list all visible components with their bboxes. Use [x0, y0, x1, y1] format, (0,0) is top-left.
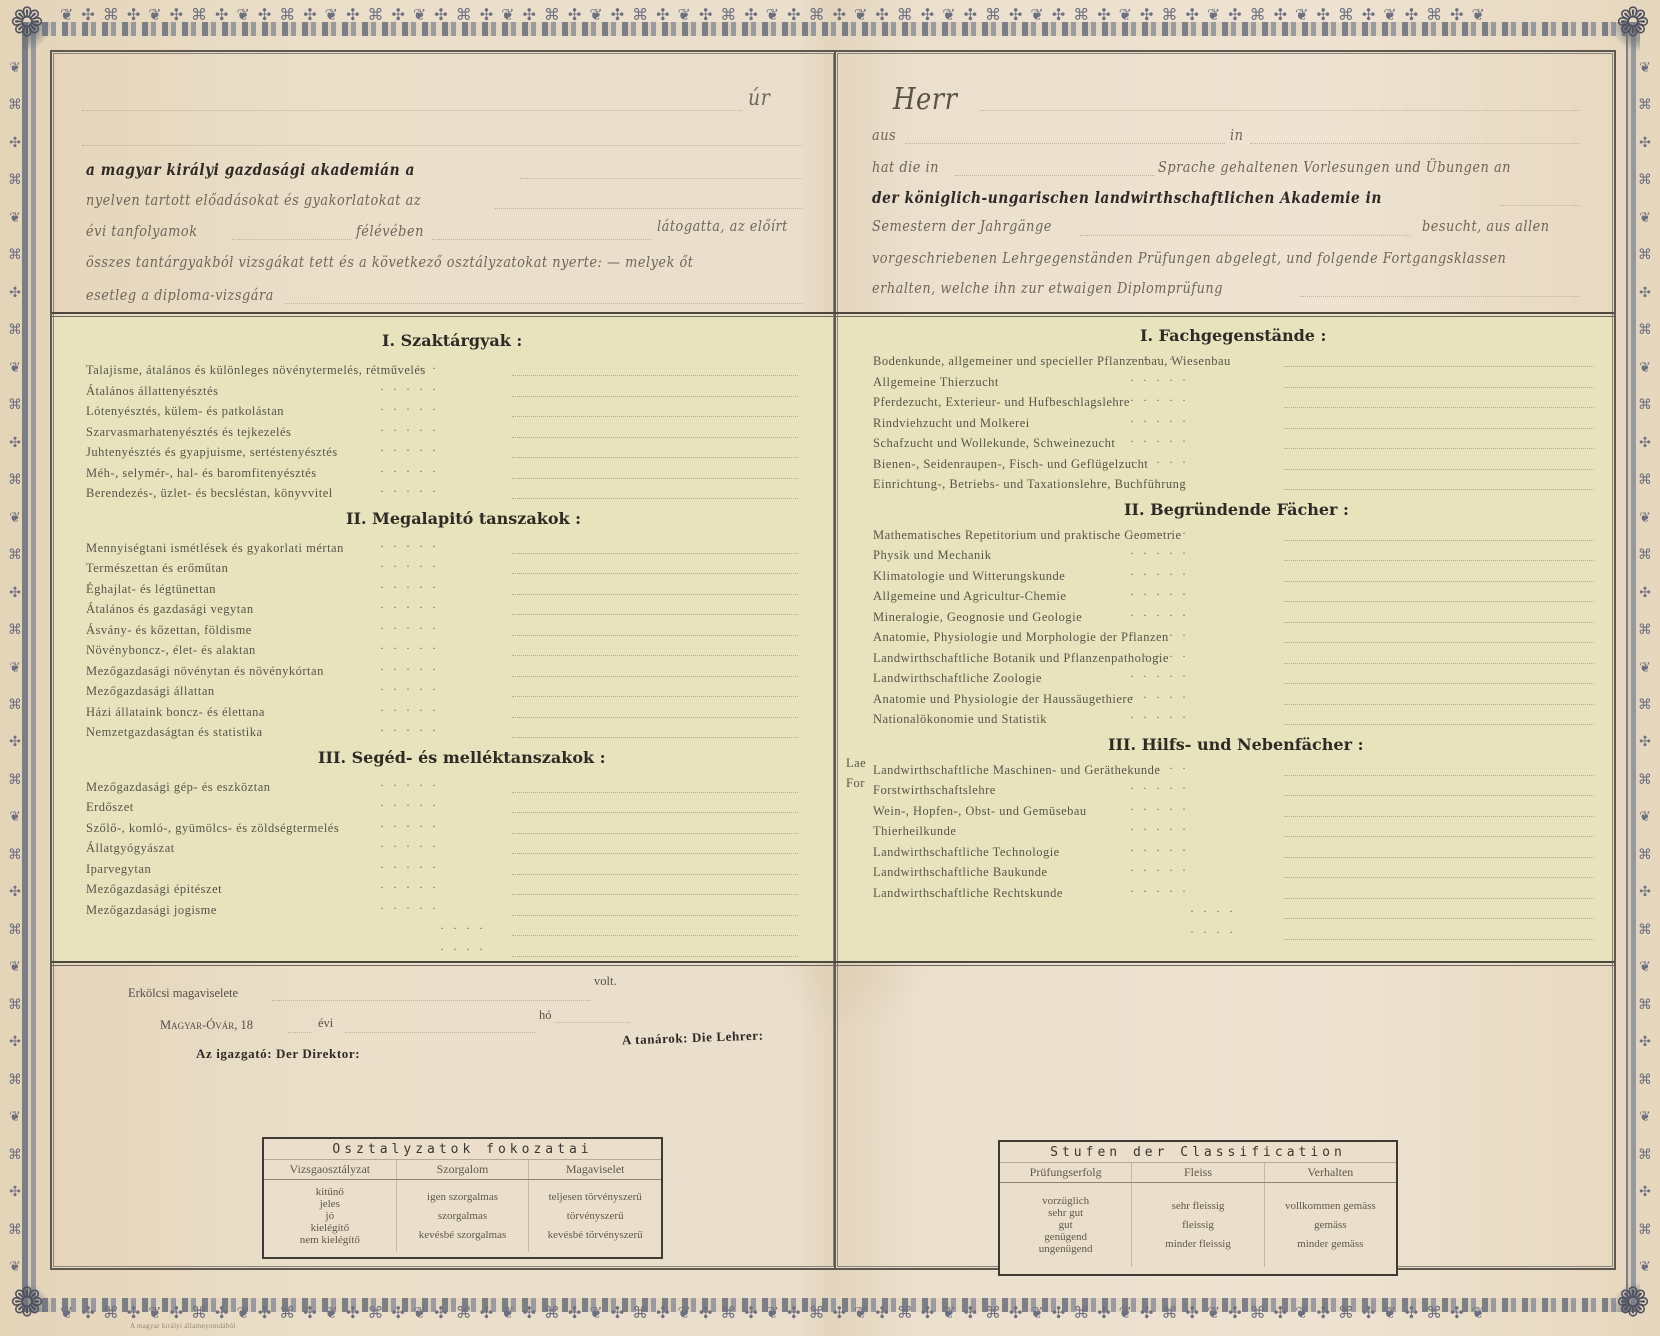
legend-column-header: Vizsgaosztályzat — [264, 1160, 397, 1179]
subject-label: Szarvasmarhatenyésztés és tejkezelés — [86, 425, 291, 440]
month-label: hó — [539, 1008, 552, 1023]
leader-dots: ····· — [1130, 710, 1195, 725]
legend-value: vollkommen gemäss — [1285, 1197, 1376, 1216]
leader-dots: ····· — [380, 682, 445, 697]
leader-dots: ····· — [1130, 373, 1195, 388]
legend-column-header: Magaviselet — [529, 1160, 661, 1179]
corner-scroll-icon: ❁ — [1610, 1280, 1656, 1326]
leader-dots: ····· — [380, 778, 445, 793]
leader-dots: ····· — [380, 662, 445, 677]
legend-value: genügend — [1044, 1231, 1087, 1243]
legend-column-header: Szorgalom — [397, 1160, 530, 1179]
legend-title: Osztalyzatok fokozatai — [264, 1139, 661, 1160]
leader-dots: ····· — [1130, 628, 1195, 643]
leader-dots: ····· — [1130, 546, 1195, 561]
leader-dots: ····· — [1130, 352, 1195, 367]
leader-dots: ····· — [1130, 822, 1195, 837]
footer-divider — [52, 961, 1614, 966]
title-herr: Herr — [893, 82, 958, 117]
leader-dots: ···· — [1190, 904, 1242, 919]
header-line-5: vorgeschriebenen Lehrgegenständen Prüfun… — [872, 249, 1506, 267]
subject-label: Mennyiségtani ismétlések és gyakorlati m… — [86, 541, 344, 556]
grade-field-line[interactable] — [1284, 581, 1594, 582]
grade-field-line[interactable] — [1284, 877, 1594, 878]
subject-label: Éghajlat- és légtünettan — [86, 582, 216, 597]
year-label: évi — [318, 1016, 333, 1031]
leader-dots: ····· — [380, 860, 445, 875]
subject-label: Rindviehzucht und Molkerei — [873, 416, 1030, 431]
grade-field-line[interactable] — [512, 396, 798, 397]
subject-label: Átalános és gazdasági vegytan — [86, 602, 254, 617]
legend-title: Stufen der Classification — [1000, 1142, 1396, 1163]
subject-label: Erdőszet — [86, 800, 134, 815]
subject-label: Mineralogie, Geognosie und Geologie — [873, 610, 1082, 625]
legend-value: minder gemäss — [1297, 1235, 1363, 1254]
diploma-field-line — [1300, 296, 1580, 297]
subject-label: Forstwirthschaftslehre — [873, 783, 996, 798]
blank-line — [1500, 205, 1580, 206]
ornament-top: ❦ ✣ ⌘ ✣ ❦ ✣ ⌘ ✣ ❦ ✣ ⌘ ✣ ❦ ✣ ⌘ ✣ ❦ ✣ ⌘ ✣ … — [60, 6, 1600, 24]
leader-dots: ····· — [380, 641, 445, 656]
grade-field-line[interactable] — [512, 457, 798, 458]
legend-value: gut — [1059, 1219, 1073, 1231]
subject-label: Szőlő-, komló-, gyümölcs- és zöldségterm… — [86, 821, 339, 836]
conduct-label: Erkölcsi magaviselete — [128, 986, 238, 1001]
header-line-4a: Semestern der Jahrgänge — [872, 217, 1052, 235]
year-field-line — [232, 239, 352, 240]
name-field-line — [980, 110, 1580, 111]
grade-field-line[interactable] — [1284, 387, 1594, 388]
grade-field-line[interactable] — [1284, 816, 1594, 817]
leader-dots: ····· — [1130, 455, 1195, 470]
leader-dots: ····· — [380, 539, 445, 554]
grade-field-line[interactable] — [1284, 663, 1594, 664]
subject-label: Allgemeine Thierzucht — [873, 375, 999, 390]
semester-field-line — [432, 239, 652, 240]
leader-dots: ····· — [1130, 781, 1195, 796]
subject-label: Landwirthschaftliche Rechtskunde — [873, 886, 1063, 901]
subject-label: Talajisme, átalános és különleges növény… — [86, 363, 426, 378]
legend-column-values: vollkommen gemässgemässminder gemäss — [1265, 1183, 1396, 1267]
subject-label: Berendezés-, üzlet- és becsléstan, könyv… — [86, 486, 333, 501]
grade-field-line[interactable] — [512, 478, 798, 479]
grade-field-line[interactable] — [1284, 407, 1594, 408]
grade-field-line[interactable] — [1284, 622, 1594, 623]
grade-field-line[interactable] — [512, 696, 798, 697]
subject-label: Physik und Mechanik — [873, 548, 992, 563]
subject-label: Mezőgazdasági jogisme — [86, 903, 217, 918]
subject-label: Thierheilkunde — [873, 824, 956, 839]
grading-legend-hungarian: Osztalyzatok fokozatai VizsgaosztályzatS… — [262, 1137, 663, 1259]
leader-dots: ····· — [380, 443, 445, 458]
legend-column-values: kitűnőjelesjókielégítőnem kielégítő — [264, 1180, 397, 1252]
origin-field-line — [905, 143, 1225, 144]
grade-field-line[interactable] — [512, 717, 798, 718]
subject-label: Allgemeine und Agricultur-Chemie — [873, 589, 1066, 604]
leader-dots: ····· — [1130, 567, 1195, 582]
corner-scroll-icon: ❁ — [1610, 0, 1656, 46]
legend-value: szorgalmas — [438, 1207, 487, 1226]
legend-value: sehr gut — [1048, 1207, 1083, 1219]
leader-dots: ····· — [380, 901, 445, 916]
grade-field-line[interactable] — [512, 676, 798, 677]
grade-field-line[interactable] — [512, 614, 798, 615]
language-field-line — [520, 178, 802, 179]
grade-field-line[interactable] — [512, 737, 798, 738]
subject-label: Anatomie und Physiologie der Haussäugeth… — [873, 692, 1133, 707]
blank-line — [82, 145, 802, 146]
header-line-5: esetleg a diploma-vizsgára — [86, 286, 274, 304]
subject-label: Iparvegytan — [86, 862, 151, 877]
grade-field-line[interactable] — [512, 874, 798, 875]
grade-field-line[interactable] — [512, 375, 798, 376]
grade-field-line[interactable] — [1284, 428, 1594, 429]
diploma-field-line — [285, 303, 802, 304]
legend-value: kevésbé törvényszerű — [548, 1226, 643, 1245]
section-title: III. Hilfs- und Nebenfächer : — [1108, 735, 1364, 754]
leader-dots: ····· — [1130, 414, 1195, 429]
corner-scroll-icon: ❁ — [4, 1280, 50, 1326]
legend-column-values: sehr fleissigfleissigminder fleissig — [1132, 1183, 1264, 1267]
legend-value: gemäss — [1314, 1216, 1346, 1235]
blank-grade-line[interactable] — [512, 935, 798, 936]
leader-dots: ····· — [1130, 526, 1195, 541]
header-line-3c: látogatta, az előírt — [657, 217, 788, 235]
grade-field-line[interactable] — [512, 853, 798, 854]
header-divider — [52, 312, 1614, 317]
leader-dots: ····· — [1130, 761, 1195, 776]
subject-label: Házi állataink boncz- és élettana — [86, 705, 265, 720]
leader-dots: ····· — [380, 880, 445, 895]
leader-dots: ····· — [380, 839, 445, 854]
legend-column-values: vorzüglichsehr gutgutgenügendungenügend — [1000, 1183, 1132, 1267]
subject-label: Ásvány- és kőzettan, földisme — [86, 623, 252, 638]
header-line-4: összes tantárgyakból vizsgákat tett és a… — [86, 253, 694, 271]
grade-field-line[interactable] — [512, 437, 798, 438]
blank-grade-line[interactable] — [512, 956, 798, 957]
grading-legend-german: Stufen der Classification Prüfungserfolg… — [998, 1140, 1398, 1276]
section-title: I. Fachgegenstände : — [1140, 326, 1326, 345]
section-title: III. Segéd- és melléktanszakok : — [318, 748, 606, 767]
title-suffix: úr — [748, 86, 770, 111]
subject-label: Növényboncz-, élet- és alaktan — [86, 643, 256, 658]
grade-field-line[interactable] — [512, 655, 798, 656]
leader-dots: ····· — [1130, 884, 1195, 899]
grade-field-line[interactable] — [1284, 683, 1594, 684]
grade-field-line[interactable] — [512, 812, 798, 813]
header-line-1: a magyar királyi gazdasági akademián a — [86, 160, 415, 179]
leader-dots: ···· — [1190, 925, 1242, 940]
legend-value: jeles — [320, 1198, 340, 1210]
leader-dots: ····· — [380, 819, 445, 834]
grade-field-line[interactable] — [1284, 775, 1594, 776]
grade-field-line[interactable] — [512, 498, 798, 499]
language-field-line — [955, 175, 1155, 176]
legend-column-header: Fleiss — [1132, 1163, 1264, 1182]
subject-label: Schafzucht und Wollekunde, Schweinezucht — [873, 436, 1115, 451]
leader-dots: ····· — [1130, 690, 1195, 705]
grade-field-line[interactable] — [1284, 448, 1594, 449]
header-line-4b: besucht, aus allen — [1422, 217, 1550, 235]
leader-dots: ····· — [1130, 475, 1195, 490]
leader-dots: ···· — [440, 942, 492, 957]
subject-label: Mezőgazdasági gép- és eszköztan — [86, 780, 271, 795]
legend-value: kielégítő — [311, 1222, 350, 1234]
grade-field-line[interactable] — [1284, 898, 1594, 899]
year-field-line[interactable] — [288, 1032, 312, 1033]
header-line-2a: hat die in — [872, 158, 939, 176]
subject-label: Landwirthschaftliche Botanik und Pflanze… — [873, 651, 1169, 666]
legend-value: igen szorgalmas — [427, 1188, 498, 1207]
grade-field-line[interactable] — [1284, 724, 1594, 725]
grade-field-line[interactable] — [512, 635, 798, 636]
grade-field-line[interactable] — [512, 915, 798, 916]
subject-label: Landwirthschaftliche Maschinen- und Gerä… — [873, 763, 1160, 778]
ornament-right: ❦⌘✣⌘❦⌘✣⌘❦⌘✣⌘❦⌘✣⌘❦⌘✣⌘❦⌘✣⌘❦⌘✣⌘❦⌘✣⌘❦ — [1636, 60, 1654, 1276]
subject-label: Méh-, selymér-, hal- és baromfitenyészté… — [86, 466, 317, 481]
leader-dots: ····· — [380, 723, 445, 738]
subject-label: Anatomie, Physiologie und Morphologie de… — [873, 630, 1169, 645]
leader-dots: ····· — [1130, 608, 1195, 623]
grade-field-line[interactable] — [1284, 469, 1594, 470]
legend-column-values: igen szorgalmasszorgalmaskevésbé szorgal… — [397, 1180, 530, 1252]
grade-field-line[interactable] — [1284, 489, 1594, 490]
section-title: II. Begründende Fächer : — [1124, 500, 1349, 519]
grade-field-line[interactable] — [1284, 836, 1594, 837]
subject-label: Átalános állattenyésztés — [86, 384, 218, 399]
month-field-line[interactable] — [345, 1032, 535, 1033]
director-label: Az igazgató: Der Direktor: — [196, 1046, 360, 1062]
header-line-1a: aus — [872, 126, 896, 144]
printer-note: A magyar királyi államnyomdából — [130, 1322, 236, 1330]
stray-fragment: Lae — [846, 756, 866, 771]
subject-label: Mezőgazdasági állattan — [86, 684, 215, 699]
grade-field-line[interactable] — [1284, 540, 1594, 541]
leader-dots: ····· — [380, 621, 445, 636]
legend-value: teljesen törvényszerű — [549, 1188, 642, 1207]
legend-value: kitűnő — [316, 1186, 344, 1198]
grade-field-line[interactable] — [1284, 704, 1594, 705]
leader-dots: ····· — [1130, 649, 1195, 664]
leader-dots: ····· — [1130, 393, 1195, 408]
legend-column-header: Prüfungserfolg — [1000, 1163, 1132, 1182]
leader-dots: ···· — [440, 921, 492, 936]
header-line-3: der königlich-ungarischen landwirthschaf… — [872, 188, 1382, 207]
header-line-2: nyelven tartott előadásokat és gyakorlat… — [86, 191, 421, 209]
grade-field-line[interactable] — [1284, 642, 1594, 643]
name-field-line — [82, 110, 742, 111]
legend-value: törvényszerű — [567, 1207, 624, 1226]
legend-value: minder fleissig — [1165, 1235, 1231, 1254]
section-title: I. Szaktárgyak : — [382, 331, 522, 350]
leader-dots: ····· — [380, 559, 445, 574]
grade-field-line[interactable] — [512, 792, 798, 793]
ornament-left: ❦⌘✣⌘❦⌘✣⌘❦⌘✣⌘❦⌘✣⌘❦⌘✣⌘❦⌘✣⌘❦⌘✣⌘❦⌘✣⌘❦ — [6, 60, 24, 1276]
leader-dots: ····· — [380, 703, 445, 718]
grade-field-line[interactable] — [512, 833, 798, 834]
grade-field-line[interactable] — [1284, 601, 1594, 602]
years-field-line — [1080, 235, 1410, 236]
leader-dots: ····· — [1130, 434, 1195, 449]
grade-field-line[interactable] — [512, 894, 798, 895]
leader-dots: ····· — [1130, 843, 1195, 858]
corner-scroll-icon: ❁ — [4, 0, 50, 46]
header-line-3a: évi tanfolyamok — [86, 222, 198, 240]
subject-label: Természettan és erőműtan — [86, 561, 228, 576]
grade-field-line[interactable] — [512, 594, 798, 595]
subject-label: Landwirthschaftliche Zoologie — [873, 671, 1042, 686]
blank-grade-line[interactable] — [1284, 918, 1594, 919]
grade-field-line[interactable] — [1284, 366, 1594, 367]
subject-label: Bienen-, Seidenraupen-, Fisch- und Geflü… — [873, 457, 1148, 472]
conduct-suffix: volt. — [594, 974, 617, 989]
subject-label: Állatgyógyászat — [86, 841, 175, 856]
leader-dots: ····· — [380, 423, 445, 438]
leader-dots: ····· — [380, 484, 445, 499]
header-line-2b: Sprache gehaltenen Vorlesungen und Übung… — [1158, 158, 1511, 176]
legend-value: vorzüglich — [1042, 1195, 1089, 1207]
leader-dots: ····· — [380, 382, 445, 397]
country-field-line — [1250, 143, 1580, 144]
legend-value: jó — [326, 1210, 335, 1222]
grade-field-line[interactable] — [1284, 795, 1594, 796]
subject-label: Pferdezucht, Exterieur- und Hufbeschlags… — [873, 395, 1130, 410]
leader-dots: ····· — [1130, 802, 1195, 817]
subject-label: Juhtenyésztés és gyapjuisme, sertéstenyé… — [86, 445, 338, 460]
grade-field-line[interactable] — [512, 573, 798, 574]
subject-label: Landwirthschaftliche Technologie — [873, 845, 1060, 860]
conduct-field-line[interactable] — [272, 1000, 590, 1001]
grade-field-line[interactable] — [512, 416, 798, 417]
blank-line — [495, 208, 802, 209]
legend-column-header: Verhalten — [1265, 1163, 1396, 1182]
grade-field-line[interactable] — [512, 553, 798, 554]
leader-dots: ····· — [380, 464, 445, 479]
subject-label: Mezőgazdasági épitészet — [86, 882, 222, 897]
subject-label: Mezőgazdasági növénytan és növénykórtan — [86, 664, 324, 679]
legend-column-values: teljesen törvényszerűtörvényszerűkevésbé… — [529, 1180, 661, 1252]
legend-value: fleissig — [1182, 1216, 1214, 1235]
subject-label: Wein-, Hopfen-, Obst- und Gemüsebau — [873, 804, 1087, 819]
leader-dots: ····· — [1130, 669, 1195, 684]
legend-value: nem kielégítő — [300, 1234, 360, 1246]
leader-dots: ····· — [1130, 587, 1195, 602]
subject-label: Lótenyésztés, külem- és patkolástan — [86, 404, 284, 419]
legend-value: ungenügend — [1039, 1243, 1093, 1255]
certificate-sheet: ❦ ✣ ⌘ ✣ ❦ ✣ ⌘ ✣ ❦ ✣ ⌘ ✣ ❦ ✣ ⌘ ✣ ❦ ✣ ⌘ ✣ … — [0, 0, 1660, 1336]
leader-dots: ····· — [380, 361, 445, 376]
subject-label: Klimatologie und Witterungskunde — [873, 569, 1065, 584]
leader-dots: ····· — [380, 600, 445, 615]
header-line-3b: félévében — [356, 222, 424, 240]
legend-value: kevésbé szorgalmas — [419, 1226, 506, 1245]
header-line-1b: in — [1230, 126, 1243, 144]
header-line-6: erhalten, welche ihn zur etwaigen Diplom… — [872, 279, 1223, 297]
ornament-bottom: ❦ ✣ ⌘ ✣ ❦ ✣ ⌘ ✣ ❦ ✣ ⌘ ✣ ❦ ✣ ⌘ ✣ ❦ ✣ ⌘ ✣ … — [60, 1304, 1600, 1322]
grade-field-line[interactable] — [1284, 857, 1594, 858]
subject-label: Nationalökonomie und Statistik — [873, 712, 1047, 727]
section-title: II. Megalapitó tanszakok : — [346, 509, 581, 528]
subject-label: Nemzetgazdaságtan és statistika — [86, 725, 263, 740]
subject-label: Landwirthschaftliche Baukunde — [873, 865, 1048, 880]
grade-field-line[interactable] — [1284, 560, 1594, 561]
leader-dots: ····· — [1130, 863, 1195, 878]
blank-grade-line[interactable] — [1284, 939, 1594, 940]
leader-dots: ····· — [380, 402, 445, 417]
place-date: Magyar-Óvár, 18 — [160, 1018, 253, 1033]
leader-dots: ····· — [380, 580, 445, 595]
leader-dots: ····· — [380, 798, 445, 813]
day-field-line[interactable] — [555, 1022, 630, 1023]
stray-fragment: For — [846, 776, 865, 791]
legend-value: sehr fleissig — [1172, 1197, 1225, 1216]
